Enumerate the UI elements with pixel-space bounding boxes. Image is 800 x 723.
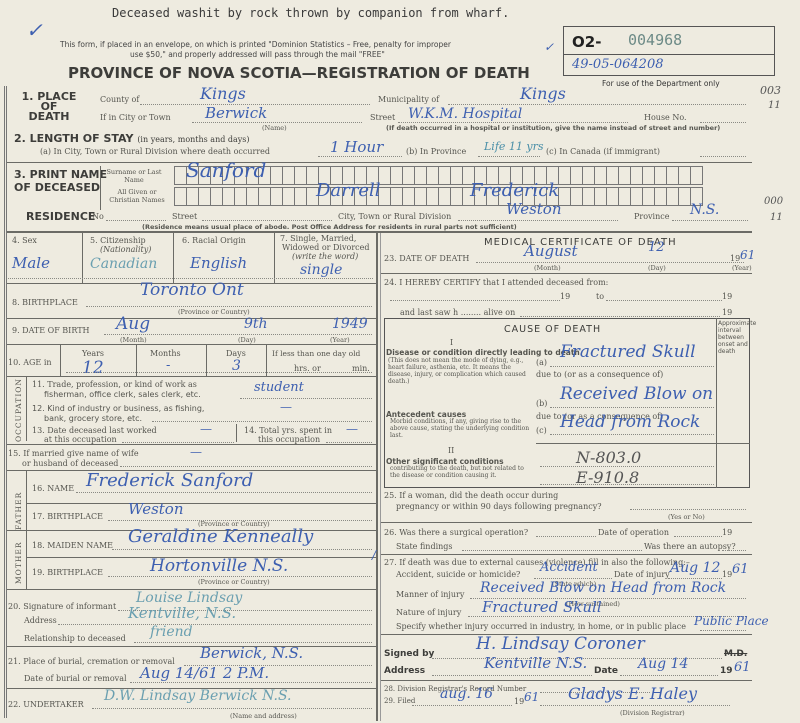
residence-city-value: Weston (506, 200, 562, 218)
findings-label: State findings (396, 542, 453, 551)
cell-divider (60, 344, 61, 376)
occupation-side-label: OCCUPATION (14, 382, 23, 442)
code-1: N-803.0 (576, 448, 641, 467)
dept-prefix: O2- (572, 33, 601, 51)
given-value-1: Darrell (316, 180, 381, 201)
q27-label: 27. If death was due to external causes … (384, 558, 690, 567)
signed-address-field (432, 675, 592, 676)
dob-month: Aug (116, 314, 150, 334)
citizenship-label: 5. Citizenship (90, 236, 146, 245)
undertaker-value: D.W. Lindsay Berwick N.S. (104, 688, 292, 704)
dod-day: 12 (648, 240, 665, 255)
mother-maiden-value: Geraldine Kenneally (128, 526, 313, 547)
stay-b-value: Life 11 yrs (484, 140, 544, 153)
burial-place-value: Berwick, N.S. (200, 644, 303, 662)
municipality-value: Kings (520, 84, 566, 103)
citizenship-value: Canadian (90, 256, 157, 272)
dod-field (476, 262, 744, 263)
undertaker-caption: (Name and address) (230, 712, 297, 720)
stay-a-value: 1 Hour (330, 138, 383, 156)
age-line (66, 372, 372, 373)
divider (381, 680, 752, 681)
margin-code-3: 000 (764, 196, 783, 207)
name-divider (100, 166, 101, 210)
residence-street-field (202, 220, 332, 221)
county-value: Kings (200, 84, 246, 103)
dod-label: 23. DATE OF DEATH (384, 254, 469, 263)
signed-year: 61 (734, 660, 751, 675)
side-divider (26, 377, 27, 441)
father-name-label: 16. NAME (32, 484, 74, 493)
dob-year: 1949 (332, 316, 368, 332)
age-years-value: 12 (82, 358, 104, 378)
divider (7, 344, 376, 345)
q14-line2: this occupation (258, 435, 320, 444)
residence-street-label: Street (172, 212, 197, 221)
side-divider (26, 471, 27, 537)
dept-stamp-number: 004968 (628, 31, 682, 49)
residence-province-label: Province (634, 212, 669, 221)
racial-label: 6. Racial Origin (182, 236, 246, 245)
age-months-label: Months (150, 349, 181, 358)
q26-field (536, 536, 596, 537)
attended-to-label: to (596, 292, 604, 301)
q11-value: student (254, 380, 304, 395)
dod-month-caption: (Month) (534, 264, 561, 272)
undertaker-field (92, 708, 372, 709)
part-2-label: II (448, 446, 454, 455)
cause-b-value: Received Blow on (560, 384, 713, 404)
divider (381, 554, 752, 555)
signed-date-label: Date (594, 666, 618, 676)
injury-date-value: Aug 12 (670, 560, 720, 576)
father-birthplace-value: Weston (128, 500, 184, 518)
sex-label: 4. Sex (12, 236, 37, 245)
street-value: W.K.M. Hospital (408, 106, 522, 122)
q12-value: — (280, 400, 292, 414)
residence-city-label: City, Town or Rural Division (338, 212, 451, 221)
residence-province-value: N.S. (690, 202, 719, 218)
margin-code-1: 003 (760, 84, 781, 97)
registrar-value: Gladys E. Haley (568, 684, 697, 703)
attended-from-19: 19 (560, 292, 570, 301)
filed-year-prefix: 19 (514, 697, 524, 706)
informant-address-value: Kentville, N.S. (128, 604, 236, 622)
divider (27, 503, 376, 504)
dob-year-caption: (Year) (330, 336, 350, 344)
registrar-field (540, 705, 730, 706)
manner-value: Received Blow on Head from Rock (480, 580, 726, 596)
section-26-check: / (372, 548, 376, 562)
q15-line2: or husband of deceased (22, 459, 118, 468)
divider (381, 522, 752, 523)
cause-a-label: (a) (536, 358, 547, 367)
father-name-field (76, 492, 372, 493)
dept-caption: For use of the Department only (602, 79, 720, 88)
typed-note: Deceased washit by rock thrown by compan… (112, 6, 509, 20)
place-of-death-label: 1. PLACEOFDEATH (14, 92, 84, 122)
marital-label-3: (write the word) (292, 252, 358, 261)
dob-month-caption: (Month) (120, 336, 147, 344)
form-title: PROVINCE OF NOVA SCOTIA—REGISTRATION OF … (68, 64, 530, 82)
dept-check: ✓ (544, 40, 554, 54)
signed-year-prefix: 19 (720, 666, 733, 676)
name-caption: (Name) (262, 124, 287, 132)
divider (7, 318, 376, 319)
check-mark: ✓ (26, 18, 43, 42)
manner-label: Manner of injury (396, 590, 464, 599)
registrar-caption: (Division Registrar) (620, 709, 685, 717)
ash-field (534, 578, 612, 579)
nature-value: Fractured Skull (482, 598, 602, 616)
relationship-value: friend (150, 624, 193, 640)
q25-line1: 25. If a woman, did the death occur duri… (384, 491, 558, 500)
dept-handwritten-number: 49-05-064208 (572, 57, 664, 72)
stay-b-label: (b) In Province (406, 147, 466, 156)
residence-city-field (458, 220, 618, 221)
father-name-value: Frederick Sanford (86, 470, 253, 491)
where-label: Specify whether injury occurred in indus… (396, 622, 686, 631)
signed-by-label: Signed by (384, 649, 434, 659)
cell-divider (82, 233, 83, 283)
father-birthplace-label: 17. BIRTHPLACE (32, 512, 103, 521)
q25-caption: (Yes or No) (668, 513, 705, 521)
q11-field (240, 398, 372, 399)
q12-line2: bank, grocery store, etc. (44, 414, 142, 423)
q15-field (120, 466, 372, 467)
injury-date-label: Date of injury (614, 570, 670, 579)
q14-field (326, 442, 372, 443)
birthplace-caption: (Province or Country) (178, 308, 250, 316)
age-years-label: Years (82, 349, 104, 358)
q29-label: 29. Filed (384, 697, 415, 705)
age-less-label: If less than one day old (272, 349, 360, 358)
row-4-7-line (8, 278, 373, 279)
given-boxes (174, 187, 702, 206)
cause-a-field (550, 366, 714, 367)
municipality-field (448, 104, 746, 105)
undertaker-label: 22. UNDERTAKER (8, 700, 84, 709)
part-1-label: I (450, 338, 453, 347)
informant-address-field (58, 624, 372, 625)
surname-label: Surname or Last Name (104, 168, 164, 184)
city-label: If in City or Town (100, 113, 171, 122)
autopsy-field (722, 550, 746, 551)
margin-code-4: 11 (770, 212, 783, 223)
divider (381, 273, 752, 274)
q25-line2: pregnancy or within 90 days following pr… (396, 502, 602, 511)
antecedent-note: Morbid conditions, if any, giving rise t… (390, 418, 530, 439)
age-label: 10. AGE in (8, 358, 52, 367)
dod-day-caption: (Day) (648, 264, 666, 272)
birthplace-field (86, 306, 372, 307)
birthplace-label: 8. BIRTHPLACE (12, 298, 78, 307)
attended-to-field (606, 300, 722, 301)
signed-address-value: Kentville N.S. (484, 654, 587, 672)
cause-title: CAUSE OF DEATH (504, 324, 601, 335)
age-days-label: Days (226, 349, 246, 358)
residence-province-field (672, 220, 748, 221)
last-saw-19: 19 (722, 308, 732, 317)
signed-by-value: H. Lindsay Coroner (476, 634, 645, 654)
direct-title: Disease or condition directly leading to… (386, 348, 580, 357)
injury-year: 61 (732, 562, 749, 577)
dob-field (104, 334, 372, 335)
other-note: contributing to the death, but not relat… (390, 465, 530, 479)
mother-birthplace-field (108, 576, 372, 577)
informant-address-label: Address (24, 616, 57, 625)
column-divider (376, 233, 378, 721)
attended-from-field (390, 300, 560, 301)
county-label: County of (100, 95, 139, 104)
print-name-label: 3. PRINT NAMEOF DECEASED (14, 168, 107, 194)
dob-day-caption: (Day) (238, 336, 256, 344)
q11-line1: 11. Trade, profession, or kind of work a… (32, 380, 197, 389)
divider (7, 162, 752, 163)
cell-divider (173, 233, 174, 283)
dob-day: 9th (244, 316, 268, 332)
filed-year: 61 (524, 690, 539, 704)
filed-value: aug. 16 (440, 686, 493, 702)
relationship-label: Relationship to deceased (24, 634, 126, 643)
mother-side-label: MOTHER (14, 536, 23, 584)
q13-value: — (200, 422, 212, 436)
cause-b-field (550, 407, 714, 408)
filed-field (412, 705, 512, 706)
city-field (192, 122, 362, 123)
q26-date-label: Date of operation (598, 528, 669, 537)
municipality-label: Municipality of (378, 95, 439, 104)
postal-notice-line2: use $50," and properly addressed will pa… (130, 50, 385, 59)
residence-no-field (106, 220, 166, 221)
md-label: M.D. (724, 649, 747, 659)
side-divider (26, 531, 27, 589)
cause-b-label: (b) (536, 399, 547, 408)
mother-birthplace-caption: (Province or Country) (198, 578, 270, 586)
house-field (700, 122, 746, 123)
findings-field (462, 550, 642, 551)
burial-date-label: Date of burial or removal (24, 674, 127, 683)
age-months-value: - (166, 358, 170, 373)
cell-divider (274, 233, 275, 283)
burial-date-value: Aug 14/61 2 P.M. (140, 664, 269, 682)
q14-line1: 14. Total yrs. spent in (244, 426, 332, 435)
racial-value: English (190, 254, 247, 272)
street-field (398, 122, 628, 123)
divider (7, 376, 376, 377)
q15-line1: 15. If married give name of wife (8, 449, 139, 458)
direct-note: (This does not mean the mode of dying, e… (388, 357, 530, 385)
stay-c-field (700, 156, 746, 157)
signed-date-value: Aug 14 (638, 656, 688, 672)
attended-to-19: 19 (722, 292, 732, 301)
dod-year-caption: (Year) (732, 264, 752, 272)
q25-field (630, 509, 746, 510)
informant-signature-label: 20. Signature of informant (8, 602, 116, 611)
q13-field (122, 442, 234, 443)
q26-label: 26. Was there a surgical operation? (384, 528, 528, 537)
due-to-1: due to (or as a consequence of) (536, 370, 663, 379)
marital-label-2: Widowed or Divorced (282, 243, 369, 252)
last-saw-field (520, 316, 720, 317)
code-2: E-910.8 (576, 468, 639, 487)
citizenship-sub: (Nationality) (100, 245, 151, 254)
q13-line2: at this occupation (44, 435, 117, 444)
cause-c-field (550, 434, 714, 435)
interval-divider (716, 318, 717, 488)
q11-line2: fisherman, office clerk, sales clerk, et… (44, 390, 201, 399)
cause-c-value: Head from Rock (560, 412, 700, 432)
given-label: All Given or Christian Names (104, 188, 170, 204)
street-label: Street (370, 113, 395, 122)
q14-value: — (346, 422, 358, 436)
injury-date-field (668, 578, 722, 579)
city-value: Berwick (205, 104, 267, 122)
postal-notice-line1: This form, if placed in an envelope, on … (60, 40, 451, 49)
dod-month: August (524, 242, 577, 260)
q26-19: 19 (722, 528, 732, 537)
department-box: O2- 004968 49-05-064208 (563, 26, 775, 76)
injury-year-prefix: 19 (722, 570, 732, 579)
q26-date-field (674, 536, 722, 537)
marital-value: single (300, 262, 342, 278)
cause-c-label: (c) (536, 426, 547, 435)
ash-label: Accident, suicide or homicide? (396, 570, 520, 579)
residence-no-label: No (92, 212, 104, 221)
cause-a-value: Fractured Skull (560, 342, 696, 362)
length-of-stay-label: 2. LENGTH OF STAY (in years, months and … (14, 132, 250, 145)
q12-line1: 12. Kind of industry or business, as fis… (32, 404, 204, 413)
relationship-field (134, 642, 372, 643)
divider (536, 443, 750, 444)
surname-value: Sanford (186, 158, 266, 182)
mother-birthplace-value: Hortonville N.S. (150, 556, 288, 576)
dod-year-prefix: 19 (730, 254, 740, 263)
father-side-label: FATHER (14, 490, 23, 530)
sex-value: Male (12, 254, 50, 272)
ash-value: Accident (540, 560, 598, 575)
hospital-note: (If death occurred in a hospital or inst… (386, 124, 720, 132)
q12-field (152, 421, 372, 422)
given-value-2: Frederick (470, 180, 559, 201)
last-saw-label: and last saw h ........ alive on (400, 308, 515, 317)
residence-note: (Residence means usual place of abode. P… (142, 223, 517, 231)
stay-b-field (478, 156, 540, 157)
where-field (700, 630, 746, 631)
divider (7, 646, 376, 647)
marital-label-1: 7. Single, Married, (280, 234, 356, 243)
dod-year: 61 (740, 248, 755, 262)
where-value: Public Place (694, 614, 769, 628)
signed-date-field (620, 675, 718, 676)
stay-c-label: (c) In Canada (if immigrant) (546, 147, 660, 156)
dob-label: 9. DATE OF BIRTH (12, 326, 90, 335)
column-divider (380, 233, 381, 721)
stay-a-label: (a) In City, Town or Rural Division wher… (40, 147, 270, 156)
signed-address-label: Address (384, 666, 425, 676)
margin-code-2: 11 (768, 100, 781, 111)
stay-a-field (318, 156, 402, 157)
burial-date-field (130, 682, 372, 683)
cell-divider (236, 424, 237, 442)
mother-maiden-field (112, 549, 372, 550)
house-label: House No. (644, 113, 687, 122)
birthplace-value: Toronto Ont (140, 280, 244, 300)
interval-label: Approximate interval between onset and d… (718, 320, 750, 355)
certify-label: 24. I HEREBY CERTIFY that I attended dec… (384, 278, 608, 287)
nature-label: Nature of injury (396, 608, 461, 617)
mother-birthplace-label: 19. BIRTHPLACE (32, 568, 103, 577)
mother-maiden-label: 18. MAIDEN NAME (32, 541, 113, 550)
q15-value: — (190, 445, 202, 459)
residence-label: RESIDENCE (26, 210, 95, 223)
q13-line1: 13. Date deceased last worked (32, 426, 157, 435)
